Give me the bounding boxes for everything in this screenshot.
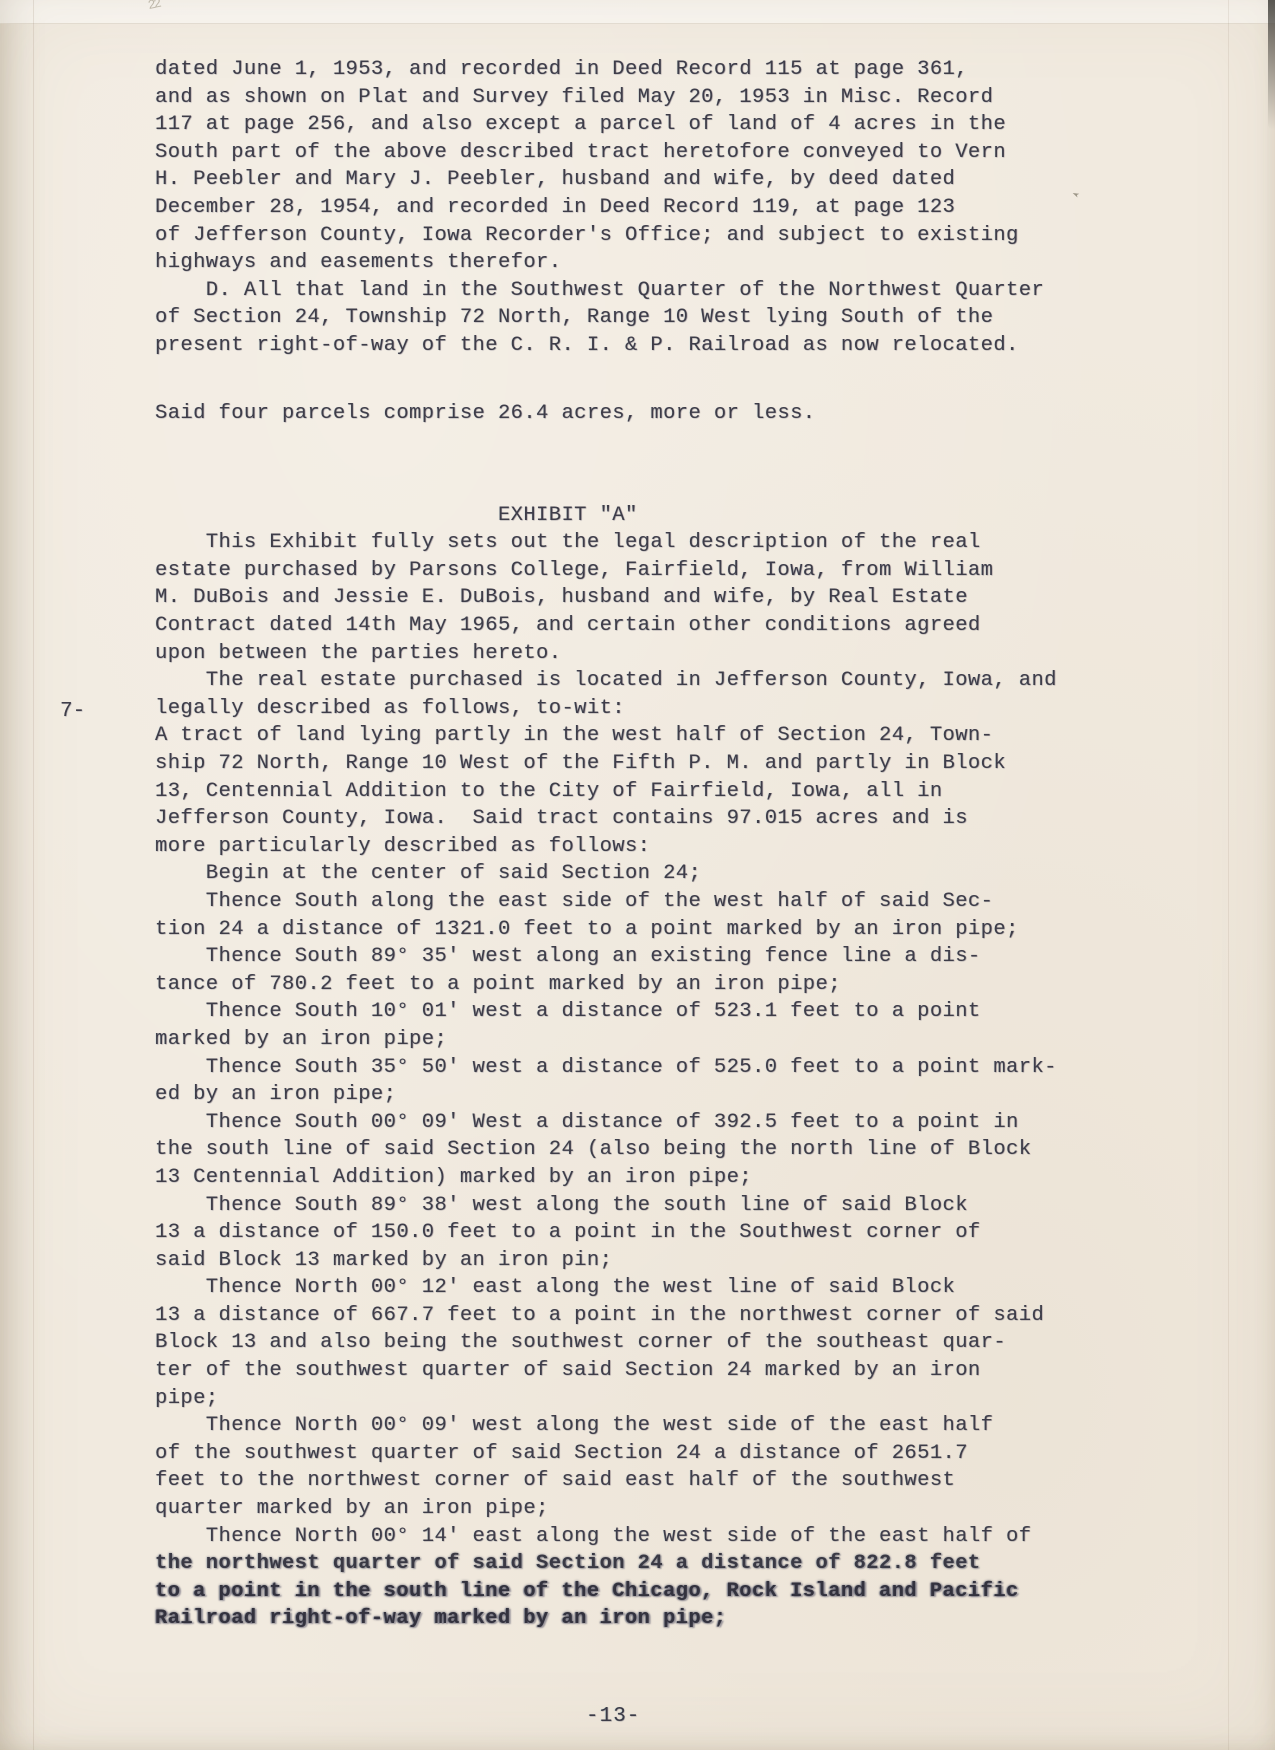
text-line: M. DuBois and Jessie E. DuBois, husband … <box>155 584 1235 612</box>
text-line: This Exhibit fully sets out the legal de… <box>155 529 1235 557</box>
text-line: highways and easements therefor. <box>155 249 1235 277</box>
text-line: said Block 13 marked by an iron pin; <box>155 1247 1235 1275</box>
exhibit-body-smudge-light: the northwest quarter of said Section 24… <box>155 1550 1235 1578</box>
text-line: D. All that land in the Southwest Quarte… <box>155 277 1235 305</box>
text-line: Thence South 89° 35' west along an exist… <box>155 943 1235 971</box>
text-line: Thence North 00° 14' east along the west… <box>155 1523 1235 1551</box>
text-line: Said four parcels comprise 26.4 acres, m… <box>155 400 1235 428</box>
parcel-d: D. All that land in the Southwest Quarte… <box>155 277 1235 360</box>
text-line: to a point in the south line of the Chic… <box>155 1578 1235 1606</box>
text-line: of the southwest quarter of said Section… <box>155 1440 1235 1468</box>
text-line: of Jefferson County, Iowa Recorder's Off… <box>155 222 1235 250</box>
text-line: Jefferson County, Iowa. Said tract conta… <box>155 805 1235 833</box>
text-line: Thence South 35° 50' west a distance of … <box>155 1054 1235 1082</box>
text-line: tion 24 a distance of 1321.0 feet to a p… <box>155 916 1235 944</box>
text-line: The real estate purchased is located in … <box>155 667 1235 695</box>
exhibit-body: This Exhibit fully sets out the legal de… <box>155 529 1235 1550</box>
text-line: December 28, 1954, and recorded in Deed … <box>155 194 1235 222</box>
text-line: quarter marked by an iron pipe; <box>155 1495 1235 1523</box>
spacer <box>155 360 1235 400</box>
text-line: Begin at the center of said Section 24; <box>155 860 1235 888</box>
spacer <box>155 427 1235 502</box>
text-line: Block 13 and also being the southwest co… <box>155 1329 1235 1357</box>
text-line: the south line of said Section 24 (also … <box>155 1136 1235 1164</box>
text-line: 13, Centennial Addition to the City of F… <box>155 778 1235 806</box>
text-line: Thence North 00° 12' east along the west… <box>155 1274 1235 1302</box>
text-line: pipe; <box>155 1385 1235 1413</box>
text-line: marked by an iron pipe; <box>155 1026 1235 1054</box>
scan-corner-shadow <box>1268 0 1275 130</box>
parcel-c-continuation: dated June 1, 1953, and recorded in Deed… <box>155 56 1235 277</box>
text-line: H. Peebler and Mary J. Peebler, husband … <box>155 166 1235 194</box>
left-fold-crease <box>33 0 34 1750</box>
page-number: -13- <box>586 1705 640 1728</box>
scanned-document-page: 22 ➤ 7- dated June 1, 1953, and recorded… <box>0 0 1275 1750</box>
text-line: 13 a distance of 150.0 feet to a point i… <box>155 1219 1235 1247</box>
text-line: Railroad right-of-way marked by an iron … <box>155 1605 1235 1633</box>
text-line: tance of 780.2 feet to a point marked by… <box>155 971 1235 999</box>
exhibit-body-smudge-heavy: to a point in the south line of the Chic… <box>155 1578 1235 1633</box>
text-line: Contract dated 14th May 1965, and certai… <box>155 612 1235 640</box>
text-line: 117 at page 256, and also except a parce… <box>155 111 1235 139</box>
text-line: dated June 1, 1953, and recorded in Deed… <box>155 56 1235 84</box>
text-line: EXHIBIT "A" <box>155 502 1235 530</box>
text-line: 13 a distance of 667.7 feet to a point i… <box>155 1302 1235 1330</box>
text-line: feet to the northwest corner of said eas… <box>155 1467 1235 1495</box>
text-line: more particularly described as follows: <box>155 833 1235 861</box>
text-line: ed by an iron pipe; <box>155 1081 1235 1109</box>
text-line: ship 72 North, Range 10 West of the Fift… <box>155 750 1235 778</box>
text-line: A tract of land lying partly in the west… <box>155 722 1235 750</box>
exhibit-heading: EXHIBIT "A" <box>155 502 1235 530</box>
text-line: ter of the southwest quarter of said Sec… <box>155 1357 1235 1385</box>
text-line: legally described as follows, to-wit: <box>155 695 1235 723</box>
text-line: present right-of-way of the C. R. I. & P… <box>155 332 1235 360</box>
text-line: Thence South 00° 09' West a distance of … <box>155 1109 1235 1137</box>
text-line: South part of the above described tract … <box>155 139 1235 167</box>
text-line: Thence South 89° 38' west along the sout… <box>155 1192 1235 1220</box>
text-line: of Section 24, Township 72 North, Range … <box>155 304 1235 332</box>
margin-note: 7- <box>60 700 85 723</box>
text-line: Thence North 00° 09' west along the west… <box>155 1412 1235 1440</box>
text-line: upon between the parties hereto. <box>155 640 1235 668</box>
text-line: Thence South along the east side of the … <box>155 888 1235 916</box>
text-line: estate purchased by Parsons College, Fai… <box>155 557 1235 585</box>
pencil-mark: 22 <box>147 0 161 13</box>
text-line: and as shown on Plat and Survey filed Ma… <box>155 84 1235 112</box>
text-line: Thence South 10° 01' west a distance of … <box>155 998 1235 1026</box>
scan-top-edge <box>0 0 1275 24</box>
parcel-summary: Said four parcels comprise 26.4 acres, m… <box>155 400 1235 428</box>
text-line: 13 Centennial Addition) marked by an iro… <box>155 1164 1235 1192</box>
text-line: the northwest quarter of said Section 24… <box>155 1550 1235 1578</box>
document-text: dated June 1, 1953, and recorded in Deed… <box>155 56 1235 1633</box>
